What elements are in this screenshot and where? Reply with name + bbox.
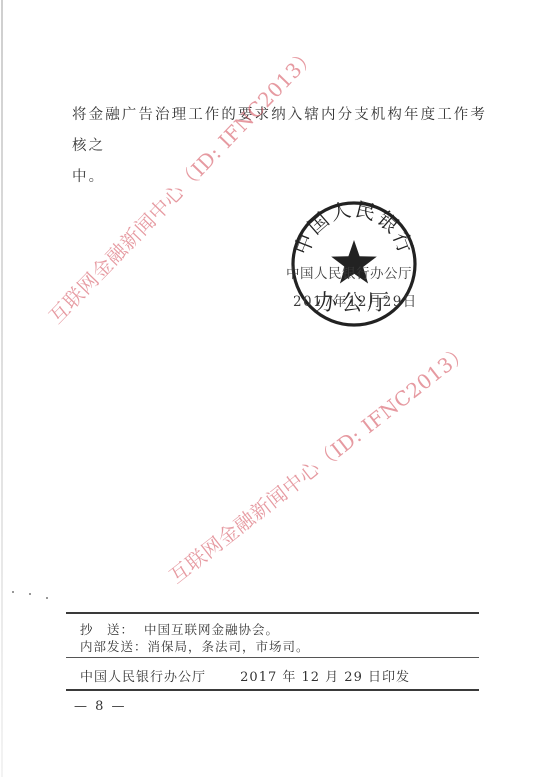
- internal-label: 内部发送：: [80, 637, 148, 655]
- scan-speck: [12, 591, 14, 593]
- distribution-middle-rule: [66, 657, 479, 658]
- scan-speck: [29, 593, 31, 595]
- signature-org: 中国人民银行办公厅: [286, 262, 412, 282]
- body-line-1: 将金融广告治理工作的要求纳入辖内分支机构年度工作考核之: [72, 100, 492, 162]
- body-line-2: 中。: [72, 162, 492, 193]
- internal-row: 内部发送：消保局，条法司，市场司。: [80, 637, 310, 655]
- distribution-top-rule: [66, 612, 479, 614]
- distribution-bottom-rule: [66, 689, 479, 691]
- signature-date: 2017年12月29日: [293, 290, 418, 310]
- page-number: — 8 —: [74, 699, 127, 714]
- footer-issue-date: 2017 年 12 月 29 日印发: [170, 666, 410, 685]
- cc-label: 抄 送：: [80, 620, 144, 638]
- cc-value: 中国互联网金融协会。: [144, 622, 279, 637]
- scan-page-edge: [1, 0, 3, 777]
- cc-row: 抄 送：中国互联网金融协会。: [80, 620, 279, 638]
- body-paragraph: 将金融广告治理工作的要求纳入辖内分支机构年度工作考核之 中。: [72, 100, 492, 193]
- scan-speck: [46, 597, 48, 599]
- watermark-2: 互联网金融新闻中心（ID: IFNC2013）: [162, 336, 475, 589]
- internal-value: 消保局，条法司，市场司。: [148, 639, 310, 654]
